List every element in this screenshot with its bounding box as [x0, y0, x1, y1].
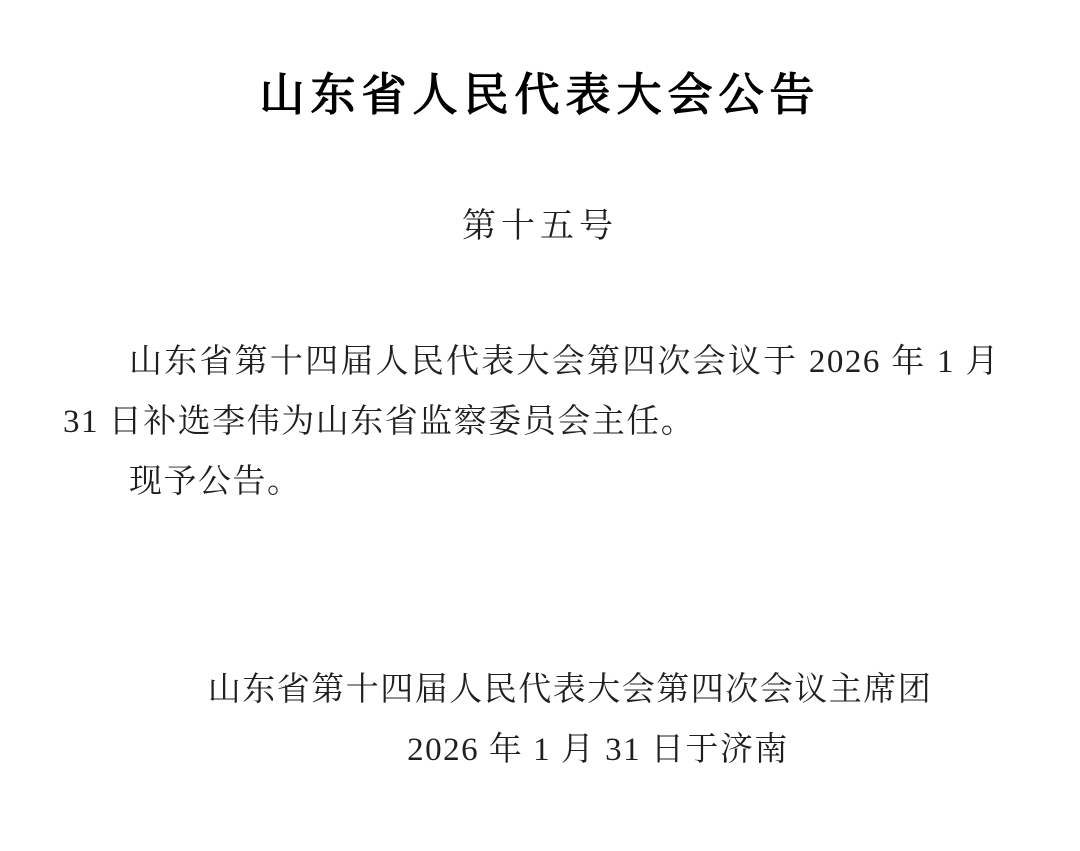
date-line: 2026 年 1 月 31 日于济南	[58, 720, 1080, 780]
announcement-page: 山东省人民代表大会公告 第十五号 山东省第十四届人民代表大会第四次会议于 202…	[0, 0, 1080, 851]
body-paragraph-main: 山东省第十四届人民代表大会第四次会议于 2026 年 1 月 31 日补选李伟为…	[63, 332, 1000, 452]
document-body: 山东省第十四届人民代表大会第四次会议于 2026 年 1 月 31 日补选李伟为…	[63, 332, 1000, 512]
signature-line: 山东省第十四届人民代表大会第四次会议主席团	[30, 660, 1080, 720]
body-paragraph-closing: 现予公告。	[63, 452, 1000, 512]
signature-block: 山东省第十四届人民代表大会第四次会议主席团 2026 年 1 月 31 日于济南	[0, 660, 1080, 780]
document-title: 山东省人民代表大会公告	[0, 60, 1080, 130]
document-number: 第十五号	[0, 198, 1080, 256]
